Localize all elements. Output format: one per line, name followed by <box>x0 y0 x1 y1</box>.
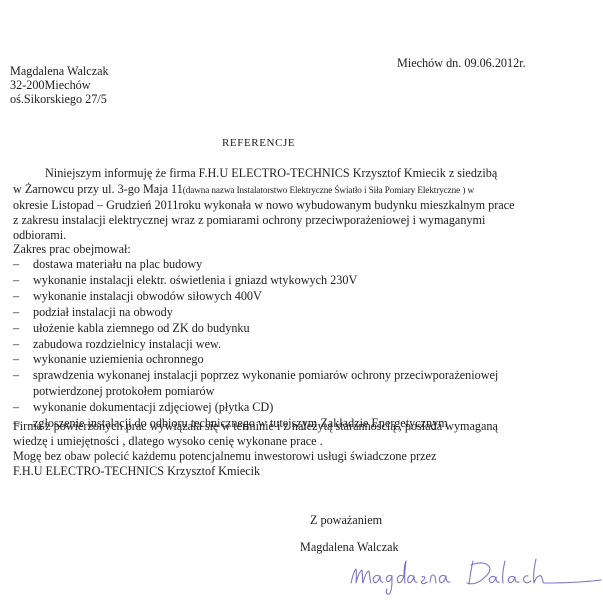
signer-name: Magdalena Walczak <box>300 540 399 554</box>
list-item: –wykonanie dokumentacji zdjęciowej (płyt… <box>13 400 593 416</box>
sender-postal: 32-200Miechów <box>10 78 109 92</box>
list-item: –dostawa materiału na plac budowy <box>13 257 593 273</box>
list-item: –sprawdzenia wykonanej instalacji poprze… <box>13 368 593 384</box>
document-title: REFERENCJE <box>222 137 295 149</box>
bullet-dash: – <box>13 289 33 305</box>
place-date: Miechów dn. 09.06.2012r. <box>397 56 526 70</box>
list-item: –wykonanie uziemienia ochronnego <box>13 352 593 368</box>
bullet-dash: – <box>13 305 33 321</box>
intro-line-2: w Żarnowcu przy ul. 3-go Maja 11(dawna n… <box>13 182 474 197</box>
intro-line-2-note: (dawna nazwa Instalatorstwo Elektryczne … <box>183 185 474 195</box>
scope-list: –dostawa materiału na plac budowy –wykon… <box>13 257 593 432</box>
intro-line-2-main: w Żarnowcu przy ul. 3-go Maja 11 <box>13 182 183 196</box>
list-item: –zabudowa rozdzielnicy instalacji wew. <box>13 337 593 353</box>
sender-street: oś.Sikorskiego 27/5 <box>10 92 109 106</box>
closing-line-4: F.H.U ELECTRO-TECHNICS Krzysztof Kmiecik <box>13 464 260 478</box>
bullet-dash: – <box>13 273 33 289</box>
closing-line-1: Firma z powierzonych prac wywiązała się … <box>13 419 498 433</box>
closing-line-2: wiedzę i umiejętności , dlatego wysoko c… <box>13 434 323 448</box>
bullet-dash: – <box>13 337 33 353</box>
list-item: –wykonanie instalacji elektr. oświetleni… <box>13 273 593 289</box>
list-item: –wykonanie instalacji obwodów siłowych 4… <box>13 289 593 305</box>
bullet-dash: – <box>13 352 33 368</box>
list-item-continuation: potwierdzonej protokołem pomiarów <box>13 384 593 400</box>
intro-line-1: Niniejszym informuję że firma F.H.U ELEC… <box>45 166 497 180</box>
intro-line-5: odbiorami. <box>13 228 66 242</box>
sender-address: Magdalena Walczak 32-200Miechów oś.Sikor… <box>10 64 109 106</box>
closing-line-3: Mogę bez obaw polecić każdemu potencjaln… <box>13 449 436 463</box>
regards: Z poważaniem <box>310 513 382 527</box>
bullet-dash: – <box>13 257 33 273</box>
signature-icon <box>345 553 603 598</box>
intro-line-4: z zakresu instalacji elektrycznej wraz z… <box>13 213 485 227</box>
list-item: –ułożenie kabla ziemnego od ZK do budynk… <box>13 321 593 337</box>
sender-name: Magdalena Walczak <box>10 64 109 78</box>
intro-line-3: okresie Listopad – Grudzień 2011roku wyk… <box>13 198 515 212</box>
bullet-dash: – <box>13 321 33 337</box>
bullet-dash: – <box>13 400 33 416</box>
list-item: –podział instalacji na obwody <box>13 305 593 321</box>
bullet-dash: – <box>13 368 33 384</box>
scope-heading: Zakres prac obejmował: <box>13 242 131 256</box>
